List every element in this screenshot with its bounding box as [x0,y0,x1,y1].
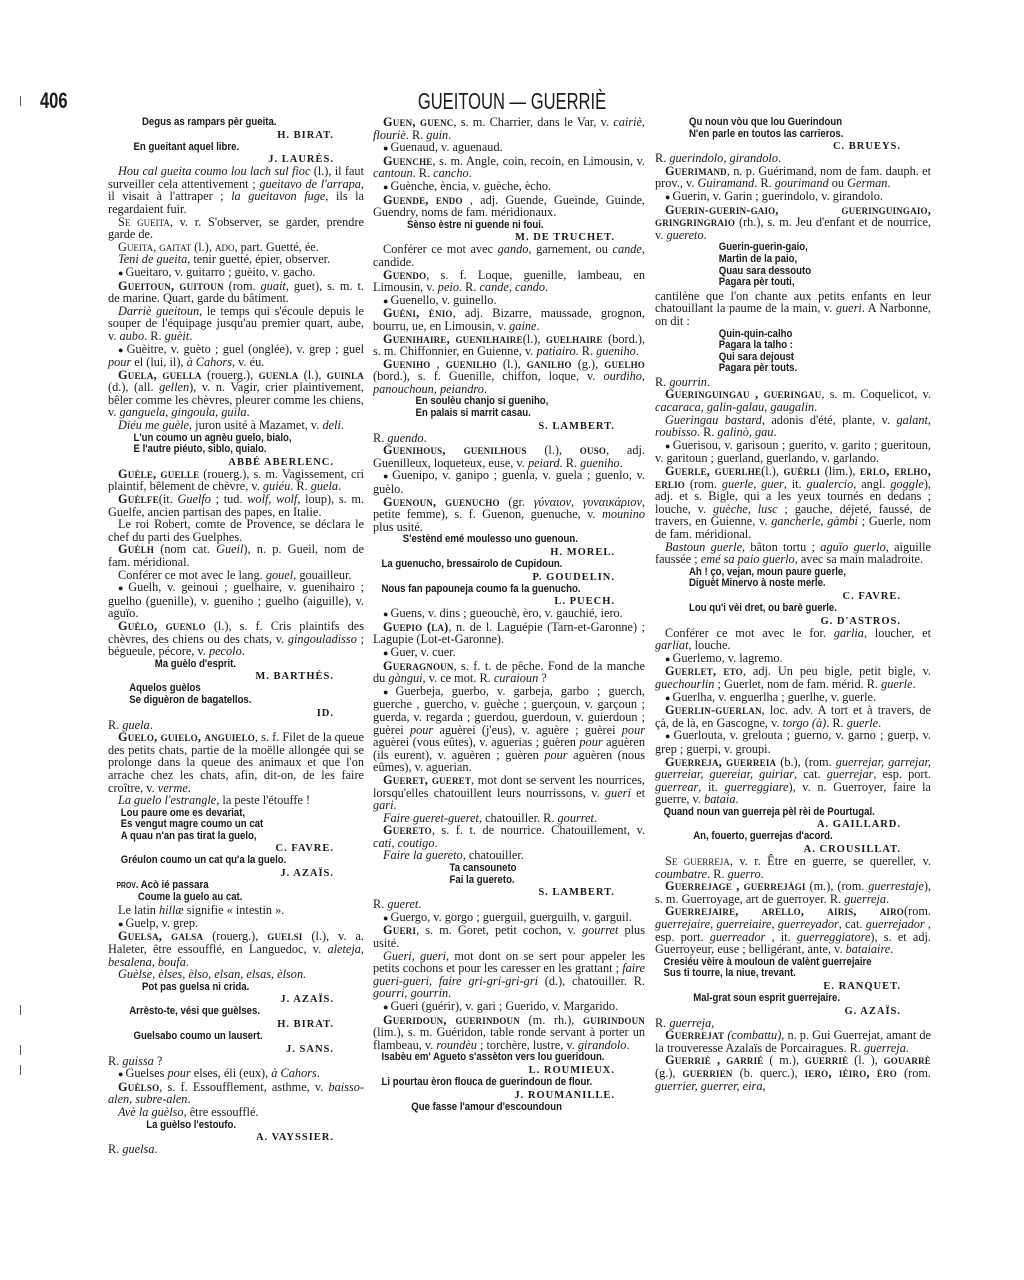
citation-author: G. D'ASTROS. [655,616,931,627]
dictionary-entry: Guenoun, guenucho (gr. γύναιον, γυναικάρ… [373,496,645,534]
citation-quote: S'estènd emé moulesso uno guenoun. [373,534,604,546]
dictionary-entry: Guende, endo , adj. Guende, Gueinde, Gui… [373,194,645,219]
quote-line: Coume la guelo au cat. [117,892,326,904]
dictionary-entry: Gueret, gueret, mot dont se servent les … [373,774,645,812]
quote-line: Sus ti tourre, la niue, trevant. [664,968,890,980]
quote-line: Nous fan papouneja coumo fa la guenucho. [382,584,605,596]
quote-line: A quau n'an pas tirat la guelo, [121,831,326,843]
dictionary-entry: Guerrejage , guerrejàgi (m.), (rom. guer… [655,880,931,905]
dictionary-entry: R. guelsa. [108,1143,364,1156]
quote-line: La guèlso l'estoufo. [146,1120,325,1132]
quote-line: Sènso èstre ni guende ni foui. [407,220,604,232]
cross-reference-entry: Guèitre, v. guèto ; guel (onglée), v. gr… [108,343,364,369]
dictionary-entry: Gueragnoun, s. f. t. de pêche. Fond de l… [373,660,645,685]
quote-line: Lou paure ome es devariat, [121,808,326,820]
dictionary-entry: Guerriè , garrié ( m.), guerriè (l. ), g… [655,1054,931,1092]
dictionary-entry: Guèni, ènio, adj. Bizarre, maussade, gro… [373,307,645,332]
quote-line: Pagara pèr touts. [719,363,890,375]
citation-quote: L'un coumo un agnèu guelo, bialo,E l'aut… [108,433,326,456]
dictionary-entry: Conférer ce mot avec gando, garnement, o… [373,243,645,268]
cross-reference-entry: Guerlouta, v. grelouta ; guerno, v. garn… [655,729,931,755]
citation-quote: Degus as rampars pèr gueita. [108,117,326,129]
cross-reference-entry: Guelp, v. grep. [108,917,364,931]
quote-line: E l'autre piéuto, siblo, quialo. [134,444,326,456]
citation-quote: Isabèu em' Agueto s'assèton vers lou gue… [373,1052,604,1064]
cross-reference-entry: Guelses pour elses, éli (eux), à Cahors. [108,1067,364,1081]
citation-quote: Lou paure ome es devariat,Es vengut magr… [108,808,326,843]
quote-line: Isabèu em' Agueto s'assèton vers lou gue… [382,1052,605,1064]
quote-line: En gueitant aquel libre. [134,142,326,154]
dictionary-entry: Gueringuingau , gueringau, s. m. Coqueli… [655,388,931,413]
citation-quote: Quand noun van guerreja pèl rèi de Pourt… [655,807,890,819]
quote-line: Se diguèron de bagatellos. [129,695,325,707]
dictionary-entry: Guerimand, n. p. Guérimand, nom de fam. … [655,165,931,190]
dictionary-entry: Guerrejaire, arello, airis, airo(rom. gu… [655,905,931,955]
quote-line: L'un coumo un agnèu guelo, bialo, [134,433,326,445]
citation-quote: Quin-quin-calhoPagara la talho :Qui sara… [655,329,890,375]
citation-quote: Ma guèlo d'esprit. [108,659,326,671]
quote-line: Guelsabo coumo un lausert. [134,1031,326,1043]
cross-reference-entry: Guenello, v. guinello. [373,294,645,308]
citation-author: L. ROUMIEUX. [373,1065,645,1076]
citation-quote: Nous fan papouneja coumo fa la guenucho. [373,584,604,596]
quote-line: Pagara pèr touti, [719,277,890,289]
citation-author: J. ROUMANILLE. [373,1090,645,1101]
citation-quote: Qu noun vòu que lou GuerindounN'en parle… [655,117,890,140]
cross-reference-entry: Guelh, v. geinoui ; guelhaire, v. guenih… [108,581,364,620]
dictionary-entry: Guen, guenc, s. m. Charrier, dans le Var… [373,116,645,141]
dictionary-entry: Hou cal gueita coumo lou lach sul fioc (… [108,165,364,215]
quote-line: Mal-grat soun esprit guerrejaire. [693,993,889,1005]
citation-quote: prov. Acò ié passara Coume la guelo au c… [108,880,326,903]
dictionary-entry: Guerin-guerin-gaio, gueringuingaio, grin… [655,204,931,242]
citation-quote: Sènso èstre ni guende ni foui. [373,220,604,232]
dictionary-entry: Faire la guereto, chatouiller. [373,849,645,862]
citation-author: M. BARTHÉS. [108,671,364,682]
citation-author: H. MOREL. [373,547,645,558]
citation-quote: La guèlso l'estoufo. [108,1120,326,1132]
quote-line: Quand noun van guerreja pèl rèi de Pourt… [664,807,890,819]
citation-quote: Que fasse l'amour d'escoundoun [373,1102,604,1114]
dictionary-entry: Guerlet, eto, adj. Un peu bigle, petit b… [655,665,931,690]
margin-mark [20,1045,21,1055]
citation-quote: Guelsabo coumo un lausert. [108,1031,326,1043]
cross-reference-entry: Guerin, v. Garin ; guerindolo, v. girand… [655,190,931,204]
quote-line: An, fouerto, guerrejas d'acord. [693,831,889,843]
dictionary-entry: Diéu me guèle, juron usité à Mazamet, v.… [108,419,364,432]
dictionary-entry: Darriè gueitoun, le temps qui s'écoule d… [108,305,364,343]
quote-line: Fai la guereto. [450,875,605,887]
cross-reference-entry: Guènche, ència, v. guèche, ècho. [373,180,645,194]
citation-quote: En gueitant aquel libre. [108,142,326,154]
citation-quote: Pot pas guelsa ni crida. [108,982,326,994]
quote-line: N'en parle en toutos las carrieros. [689,129,890,141]
quote-line: Diguèt Minervo à noste merle. [689,578,890,590]
dictionary-entry: Conférer ce mot avec le for. garlia, lou… [655,627,931,652]
cross-reference-entry: Guens, v. dins ; gueouchè, èro, v. gauch… [373,607,645,621]
dictionary-entry: Gueri, s. m. Goret, petit cochon, v. gou… [373,924,645,949]
citation-author: J. AZAÏS. [108,994,364,1005]
dictionary-entry: R. gueret. [373,898,645,911]
citation-author: J. AZAÏS. [108,868,364,879]
quote-line: Qu noun vòu que lou Guerindoun [689,117,890,129]
quote-line: Pot pas guelsa ni crida. [142,982,326,994]
dictionary-entry: Gueitoun, guitoun (rom. guait, guet), s.… [108,280,364,305]
dictionary-entry: Guerle, guerlhe(l.), guèrli (lim.), erlo… [655,465,931,541]
column-middle: Guen, guenc, s. m. Charrier, dans le Var… [373,116,645,1114]
dictionary-entry: Le latin hillæ signifie « intestin ». [108,904,364,917]
dictionary-entry: Guèlse, èlses, èlso, elsan, elsas, èlson… [108,968,364,981]
quote-line: Degus as rampars pèr gueita. [142,117,326,129]
quote-line: Lou qu'i vèi dret, ou barè guerle. [689,603,890,615]
citation-quote: Gréulon coumo un cat qu'a la guelo. [108,855,326,867]
dictionary-entry: La guelo l'estrangle, la peste l'étouffe… [108,794,364,807]
cross-reference-entry: Guerisou, v. garisoun ; guerito, v. gari… [655,439,931,465]
cross-reference-entry: Guerbeja, guerbo, v. garbeja, garbo ; gu… [373,685,645,774]
dictionary-entry: Guendo, s. f. Loque, guenille, lambeau, … [373,269,645,294]
citation-quote: An, fouerto, guerrejas d'acord. [655,831,890,843]
quote-line: S'estènd emé moulesso uno guenoun. [403,534,604,546]
margin-mark [20,1005,21,1015]
quote-line: Guerin-guerin-gaio, [719,242,890,254]
quote-line: Quin-quin-calho [719,329,890,341]
citation-quote: Cresiéu vèire à mouloun de valènt guerre… [655,957,890,980]
quote-line: prov. Acò ié passara [117,880,326,892]
dictionary-entry: Avè la guèlso, être essoufflé. [108,1106,364,1119]
quote-line: La guenucho, bressairolo de Cupidoun. [382,559,605,571]
cross-reference-entry: Guerlemo, v. lagremo. [655,652,931,666]
margin-mark [20,96,21,106]
dictionary-entry: Gueringau bastard, adonis d'été, plante,… [655,414,931,439]
dictionary-entry: Se guerreja, v. r. Être en guerre, se qu… [655,855,931,880]
dictionary-entry: Guereto, s. f. t. de nourrice. Chatouill… [373,824,645,849]
dictionary-entry: Guenche, s. m. Angle, coin, recoin, en L… [373,155,645,180]
cross-reference-entry: Guenaud, v. aguenaud. [373,141,645,155]
cross-reference-entry: Guer, v. cuer. [373,646,645,660]
column-left: Degus as rampars pèr gueita.H. BIRAT.En … [108,116,364,1156]
quote-line: Ma guèlo d'esprit. [155,659,326,671]
quote-line: En soulèu chanjo si gueniho, [416,396,605,408]
dictionary-entry: Guèlfe(it. Guelfo ; tud. wolf, wolf, lou… [108,493,364,518]
cross-reference-entry: Gueitaro, v. guitarro ; guèito, v. gacho… [108,266,364,280]
citation-quote: Aquelos guèlosSe diguèron de bagatellos. [108,683,326,706]
dictionary-entry: Guerreja, guerreia (b.), (rom. guerrejar… [655,756,931,806]
page-number: 406 [40,88,68,114]
dictionary-entry: Guèlo, guenlo (l.), s. f. Cris plaintifs… [108,620,364,658]
quote-line: Ta cansouneto [450,863,605,875]
citation-quote: Li pourtau èron flouca de guerindoun de … [373,1077,604,1089]
cross-reference-entry: Guenipo, v. ganipo ; guenla, v. guela ; … [373,469,645,495]
quote-line: En palais si marrit casau. [416,408,605,420]
dictionary-entry: Gueri, gueri, mot dont on se sert pour a… [373,950,645,1000]
citation-author: C. FAVRE. [108,843,364,854]
dictionary-entry: Guèle, guelle (rouerg.), s. m. Vagisseme… [108,468,364,493]
citation-author: E. RANQUET. [655,981,931,992]
citation-author: A. GAILLARD. [655,819,931,830]
cross-reference-entry: Guerlha, v. enguerlha ; guerlhe, v. guer… [655,691,931,705]
column-right: Qu noun vòu que lou GuerindounN'en parle… [655,116,931,1092]
citation-author: C. FAVRE. [655,591,931,602]
dictionary-entry: Guèlso, s. f. Essoufflement, asthme, v. … [108,1081,364,1106]
cross-reference-entry: Guergo, v. gorgo ; guerguil, guerguilh, … [373,911,645,925]
dictionary-entry: Guela, guella (rouerg.), guenla (l.), gu… [108,369,364,419]
citation-author: H. BIRAT. [108,130,364,141]
dictionary-entry: Guelo, guielo, anguielo, s. f. Filet de … [108,731,364,794]
quote-line: Arrèsto-te, vési que guèlses. [129,1006,325,1018]
citation-author: P. GOUDELIN. [373,572,645,583]
citation-quote: La guenucho, bressairolo de Cupidoun. [373,559,604,571]
quote-line: Li pourtau èron flouca de guerindoun de … [382,1077,605,1089]
dictionary-entry: Guenihaire, guenilhaire(l.), guelhaire (… [373,333,645,358]
dictionary-entry: Guerrejat (combattu), n. p. Gui Guerreja… [655,1029,931,1054]
dictionary-entry: Guèlh (nom cat. Gueil), n. p. Gueil, nom… [108,543,364,568]
citation-quote: Lou qu'i vèi dret, ou barè guerle. [655,603,890,615]
citation-quote: Ta cansounetoFai la guereto. [373,863,604,886]
cross-reference-entry: Gueri (guérir), v. gari ; Guerido, v. Ma… [373,1000,645,1014]
dictionary-entry: Guenihous, guenilhous (l.), ouso, adj. G… [373,444,645,469]
dictionary-entry: Se gueita, v. r. S'observer, se garder, … [108,216,364,241]
dictionary-entry: Guepio (la), n. de l. Laguépie (Tarn-et-… [373,621,645,646]
quote-line: Gréulon coumo un cat qu'a la guelo. [121,855,326,867]
citation-quote: Mal-grat soun esprit guerrejaire. [655,993,890,1005]
running-head: GUEITOUN — GUERRIÈ [143,88,880,115]
citation-author: H. BIRAT. [108,1019,364,1030]
citation-quote: Guerin-guerin-gaio,Martin de la paio,Qua… [655,242,890,288]
dictionary-entry: Le roi Robert, comte de Provence, se déc… [108,518,364,543]
quote-line: Cresiéu vèire à mouloun de valènt guerre… [664,957,890,969]
citation-quote: Ah ! ço, vejan, moun paure guerle,Diguèt… [655,567,890,590]
dictionary-entry: Gueniho , guenilho (l.), ganilho (g.), g… [373,358,645,396]
dictionary-entry: Gueridoun, guerindoun (m. rh.), guirindo… [373,1014,645,1052]
quote-line: Ah ! ço, vejan, moun paure guerle, [689,567,890,579]
quote-line: Que fasse l'amour d'escoundoun [411,1102,604,1114]
dictionary-entry: cantilène que l'on chante aux petits enf… [655,290,931,328]
margin-mark [20,1065,21,1075]
quote-line: Aquelos guèlos [129,683,325,695]
citation-quote: En soulèu chanjo si gueniho,En palais si… [373,396,604,419]
dictionary-entry: Guelsa, galsa (rouerg.), guelsi (l.), v.… [108,930,364,968]
dictionary-entry: Guerlin-guerlan, loc. adv. A tort et à t… [655,704,931,729]
dictionary-entry: Bastoun guerle, bâton tortu ; aguïo guer… [655,541,931,566]
citation-quote: Arrèsto-te, vési que guèlses. [108,1006,326,1018]
